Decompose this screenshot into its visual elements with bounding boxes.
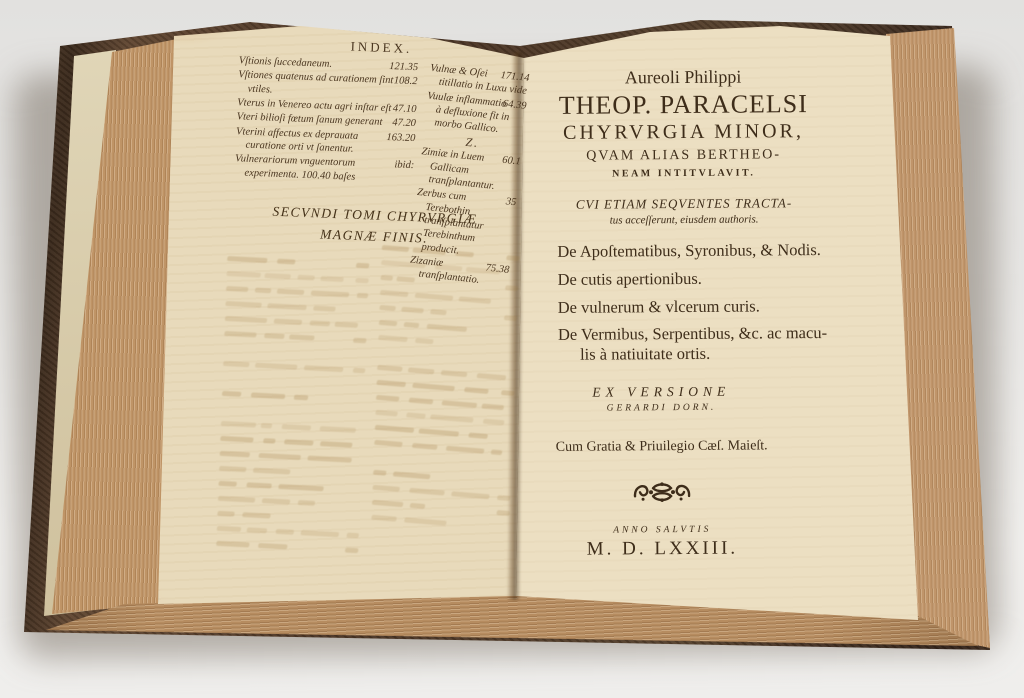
show-through-line — [375, 395, 514, 412]
title-line-2: CHYRVRGIA MINOR, — [538, 120, 828, 145]
show-through-line — [378, 335, 517, 352]
printers-fleuron-icon — [517, 478, 807, 506]
year-line: M. D. LXXIII. — [517, 537, 807, 561]
show-through-line — [216, 526, 359, 539]
show-through-line — [377, 365, 516, 382]
contents-item-line: lis à natiuitate ortis. — [558, 343, 830, 365]
show-through-line — [371, 515, 510, 532]
show-through-line — [220, 436, 363, 449]
show-through-line — [227, 256, 370, 269]
show-through-line — [226, 286, 369, 299]
contents-list: De Apoſtematibus, Syronibus, & Nodis. De… — [539, 240, 830, 365]
show-through-line — [219, 466, 362, 479]
subtitle-line-2: tus acceſſerunt, eiusdem authoris. — [539, 213, 829, 227]
show-through-line — [375, 410, 514, 427]
show-through-line — [226, 271, 369, 284]
show-through-line — [376, 380, 515, 397]
contents-item: De Vermibus, Serpentibus, &c. ac macu- l… — [558, 323, 830, 364]
title-line-1: THEOP. PARACELSI — [538, 89, 828, 121]
show-through-line — [380, 275, 519, 292]
show-through-line — [378, 320, 517, 337]
contents-item: De cutis apertionibus. — [557, 268, 829, 290]
show-through-line — [217, 511, 360, 524]
show-through-line — [374, 440, 513, 457]
anno-salutis-line: ANNO SALVTIS — [517, 524, 807, 536]
show-through-line — [371, 500, 510, 517]
index-page-content: INDEX. 121.35Vſtionis ſuccedaneum.108.2V… — [210, 30, 531, 606]
version-line-2: GERARDI DORN. — [516, 402, 806, 414]
imprint-block: EX VERSIONE GERARDI DORN. Cum Gratia & P… — [516, 383, 807, 561]
show-through-line — [219, 451, 362, 464]
subtitle-line-1: CVI ETIAM SEQVENTES TRACTA- — [539, 195, 829, 213]
show-through-line — [381, 260, 520, 277]
contents-item: De vulnerum & vlcerum curis. — [558, 296, 830, 318]
show-through-line — [223, 361, 366, 374]
show-through-line — [373, 470, 512, 487]
show-through-line — [374, 425, 513, 442]
show-through-line — [216, 541, 359, 554]
title-page-content: Aureoli Philippi THEOP. PARACELSI CHYRVR… — [538, 58, 832, 620]
show-through-line — [379, 305, 518, 322]
show-through-line — [379, 290, 518, 307]
title-line-4: NEAM INTITVLAVIT. — [539, 167, 829, 180]
show-through-line — [220, 421, 363, 434]
contents-item: De Apoſtematibus, Syronibus, & Nodis. — [557, 240, 829, 262]
show-through-line — [218, 481, 361, 494]
privilege-line: Cum Gratia & Priuilegio Cæſ. Maieſt. — [517, 438, 807, 456]
show-through-line — [224, 331, 367, 344]
book-photo: INDEX. 121.35Vſtionis ſuccedaneum.108.2V… — [0, 0, 1024, 698]
show-through-line — [225, 301, 368, 314]
title-line-3: QVAM ALIAS BERTHEO- — [539, 147, 829, 165]
show-through-line — [222, 391, 365, 404]
show-through-line — [372, 485, 511, 502]
show-through-line — [224, 316, 367, 329]
show-through-text — [210, 242, 523, 606]
author-byline: Aureoli Philippi — [538, 66, 828, 89]
contents-item-line: De Vermibus, Serpentibus, &c. ac macu- — [558, 323, 830, 345]
show-through-line — [217, 496, 360, 509]
version-line-1: EX VERSIONE — [516, 383, 806, 401]
index-entry: ibid:Vulnerariorum vnguentorum experimen… — [234, 153, 414, 187]
